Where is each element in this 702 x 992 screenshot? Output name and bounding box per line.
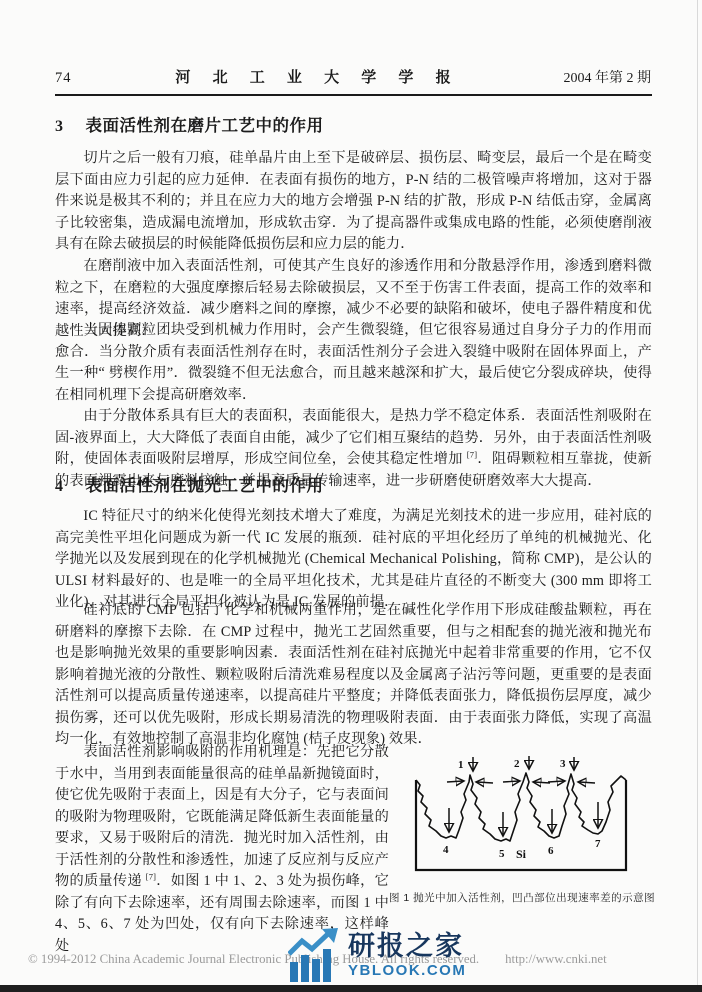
- section4-heading: 4 表面活性剂在抛光工艺中的作用: [55, 472, 652, 496]
- text-figure-row: 表面活性剂影响吸附的作用机理是：先把它分散于水中，当用到表面能量很高的硅单晶新抛…: [55, 742, 652, 957]
- section3-heading: 3 表面活性剂在磨片工艺中的作用: [55, 112, 652, 136]
- peak1-right-arrow: [477, 782, 493, 783]
- cnki-url: http://www.cnki.net: [505, 952, 607, 966]
- valley6-label: 6: [548, 845, 554, 857]
- peak2-label: 2: [514, 758, 520, 770]
- section3-paragraph-1: 切片之后一般有刀痕，硅单晶片由上至下是破碎层、损伤层、畸变层，最后一个是在畸变层…: [55, 148, 652, 256]
- section4-title: 表面活性剂在抛光工艺中的作用: [86, 472, 324, 496]
- peak3-left-arrow: [548, 781, 564, 782]
- reference-7-superscript: [7]: [467, 449, 478, 459]
- journal-title: 河 北 工 业 大 学 学 报: [175, 66, 459, 87]
- issue-label: 2004 年第 2 期: [564, 67, 652, 87]
- section4-paragraph-1: IC 特征尺寸的纳米化使得光刻技术增大了难度，为满足光刻技术的进一步应用，硅衬底…: [55, 506, 652, 614]
- page-number: 74: [55, 70, 72, 87]
- journal-page: 74 河 北 工 业 大 学 学 报 2004 年第 2 期 3 表面活性剂在磨…: [0, 0, 702, 992]
- bottom-bar: [0, 985, 702, 992]
- valley4-label: 4: [443, 844, 449, 856]
- peak2-right-arrow: [534, 782, 550, 783]
- section4-number: 4: [55, 478, 64, 496]
- bar-chart-arrow-icon: [288, 928, 340, 982]
- watermark-logo: 研报之家 YBLOOK.COM: [288, 928, 466, 982]
- figure-1: 1 2 3 4 5 6 7 Si 图 1 抛光中加入活性剂，凹凸部位出现速率差的…: [389, 742, 655, 957]
- section3-title: 表面活性剂在磨片工艺中的作用: [86, 112, 324, 136]
- section3-paragraph-3: 当固体颗粒团块受到机械力作用时，会产生微裂缝，但它很容易通过自身分子力的作用而愈…: [55, 320, 652, 406]
- page-right-edge: [697, 0, 698, 985]
- header-rule: [55, 94, 652, 96]
- valley5-label: 5: [499, 848, 505, 860]
- valley7-label: 7: [595, 838, 601, 850]
- peak3-right-arrow: [579, 782, 595, 783]
- peak1-left-arrow: [447, 781, 463, 782]
- section4-paragraph-2: 硅衬底的 CMP 包括了化学和机械两重作用，是在碱性化学作用下形成硅酸盐颗粒，再…: [55, 600, 652, 751]
- page-header: 74 河 北 工 业 大 学 学 报 2004 年第 2 期: [55, 66, 651, 90]
- watermark-text: 研报之家 YBLOOK.COM: [348, 933, 466, 978]
- figure-1-caption: 图 1 抛光中加入活性剂，凹凸部位出现速率差的示意图: [389, 890, 655, 905]
- peak1-label: 1: [458, 759, 464, 771]
- section4-paragraph-3-text: 表面活性剂影响吸附的作用机理是：先把它分散于水中，当用到表面能量很高的硅单晶新抛…: [55, 744, 389, 889]
- watermark-name: 研报之家: [348, 933, 466, 960]
- section4-paragraph-3: 表面活性剂影响吸附的作用机理是：先把它分散于水中，当用到表面能量很高的硅单晶新抛…: [55, 742, 389, 957]
- watermark-domain: YBLOOK.COM: [348, 963, 466, 978]
- silicon-label: Si: [516, 847, 527, 861]
- surface-profile-diagram: 1 2 3 4 5 6 7 Si: [413, 754, 631, 876]
- peak3-label: 3: [560, 758, 566, 770]
- peak2-left-arrow: [503, 781, 519, 782]
- reference-7-superscript-2: [7]: [146, 871, 157, 881]
- section3-number: 3: [55, 118, 64, 136]
